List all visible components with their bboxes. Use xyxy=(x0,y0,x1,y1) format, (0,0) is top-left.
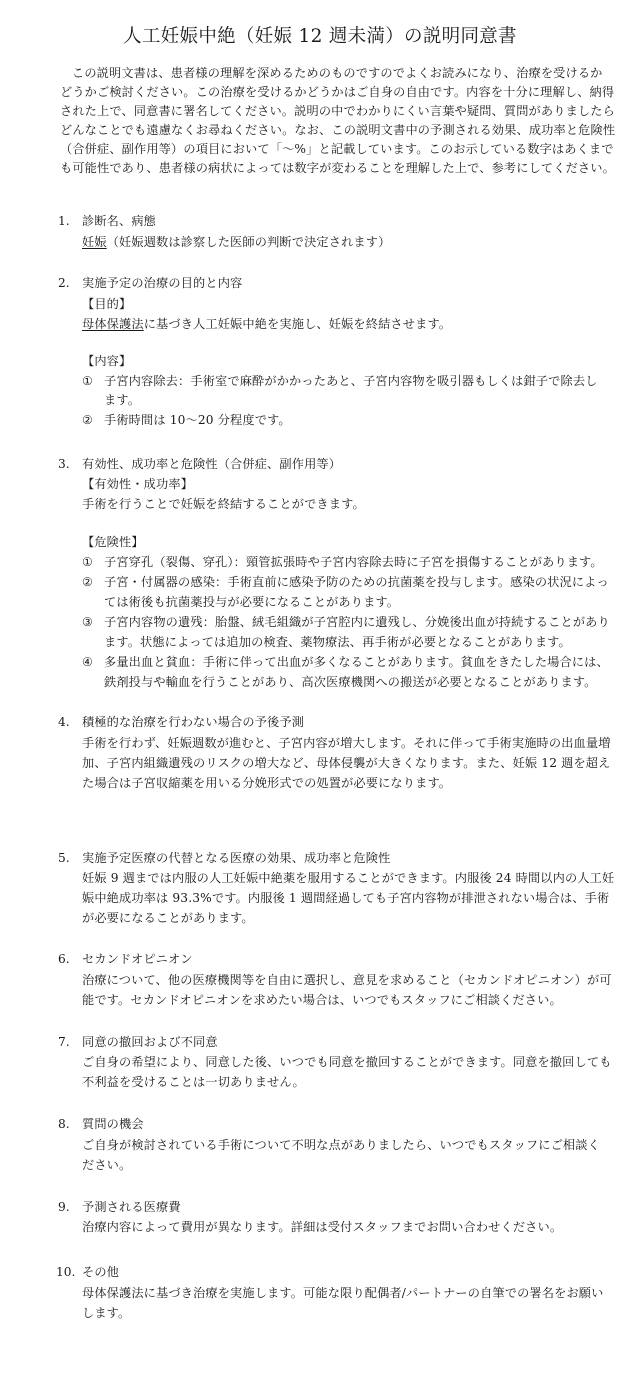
list-marker: ① xyxy=(82,372,93,391)
list-marker: ④ xyxy=(82,653,93,672)
intro-line: も可能性であり、患者様の病状によっては数字が変わることを理解した上で、参考にして… xyxy=(60,159,615,178)
body-text: （妊娠週数は診察した医師の判断で決定されます） xyxy=(107,235,391,249)
section-heading: 予測される医療費 xyxy=(82,1198,181,1217)
section-body-line: します。 xyxy=(82,1304,130,1323)
intro-line: どうかご検討ください。この治療を受けるかどうかはご自身の自由です。内容を十分に理… xyxy=(60,83,614,102)
section-number: 7. xyxy=(58,1033,70,1052)
section-number: 2. xyxy=(58,274,70,293)
list-item-line: 子宮穿孔（裂傷、穿孔）：頸管拡張時や子宮内容除去時に子宮を損傷することがあります… xyxy=(104,553,603,572)
section-body-line: ださい。 xyxy=(82,1156,131,1175)
section-body-line: た場合は子宮収縮薬を用いる分娩形式での処置が必要になります。 xyxy=(82,774,451,793)
subsection-label: 【目的】 xyxy=(82,295,131,314)
section-body-line: 妊娠 9 週までは内服の人工妊娠中絶薬を服用することができます。内服後 24 時… xyxy=(82,869,614,888)
section-body-line: 治療内容によって費用が異なります。詳細は受付スタッフまでお問い合わせください。 xyxy=(82,1218,562,1237)
section-number: 5. xyxy=(58,849,70,868)
list-item-line: 鉄剤投与や輸血を行うことがあり、高次医療機関への搬送が必要となることがあります。 xyxy=(104,673,597,692)
list-marker: ③ xyxy=(82,613,93,632)
list-item-line: ます。状態によっては追加の検査、薬物療法、再手術が必要となることがあります。 xyxy=(104,633,571,652)
list-item-line: ては術後も抗菌薬投与が必要になることがあります。 xyxy=(104,593,399,612)
list-marker: ② xyxy=(82,411,93,430)
section-number: 10. xyxy=(56,1263,75,1282)
section-body: 手術を行うことで妊娠を終結することができます。 xyxy=(82,495,365,514)
list-marker: ② xyxy=(82,573,93,592)
section-body-line: 娠中絶成功率は 93.3%です。内服後 1 週間経過しても子宮内容物が排泄されな… xyxy=(82,889,609,908)
section-number: 8. xyxy=(58,1115,70,1134)
section-body-line: が必要になることがあります。 xyxy=(82,909,254,928)
section-heading: 有効性、成功率と危険性（合併症、副作用等） xyxy=(82,455,341,474)
section-number: 6. xyxy=(58,950,70,969)
section-heading: セカンドオピニオン xyxy=(82,950,193,969)
document-title: 人工妊娠中絶（妊娠 12 週未満）の説明同意書 xyxy=(0,24,640,50)
section-heading: 質問の機会 xyxy=(82,1115,144,1134)
subsection-label: 【有効性・成功率】 xyxy=(82,475,193,494)
section-heading: 診断名、病態 xyxy=(82,212,156,231)
underlined-term: 妊娠 xyxy=(82,235,107,249)
intro-line: された上で、同意書に署名してください。説明の中でわかりにくい言葉や疑問、質問があ… xyxy=(60,102,615,121)
section-number: 1. xyxy=(58,212,70,231)
underlined-term: 母体保護法 xyxy=(82,317,144,331)
section-body-line: 治療について、他の医療機関等を自由に選択し、意見を求めること（セカンドオピニオン… xyxy=(82,971,612,990)
section-body-line: ご自身が検討されている手術について不明な点がありましたら、いつでもスタッフにご相… xyxy=(82,1136,600,1155)
list-marker: ① xyxy=(82,553,93,572)
intro-line: （合併症、副作用等）の項目において「〜%」と記載しています。このお示している数字… xyxy=(60,140,614,159)
list-item-line: 多量出血と貧血：手術に伴って出血が多くなることがあります。貧血をきたした場合には… xyxy=(104,653,609,672)
section-number: 3. xyxy=(58,455,70,474)
section-heading: 実施予定の治療の目的と内容 xyxy=(82,274,242,293)
list-item-line: 手術時間は 10〜20 分程度です。 xyxy=(104,411,291,430)
section-heading: 積極的な治療を行わない場合の予後予測 xyxy=(82,713,304,732)
body-text: に基づき人工妊娠中絶を実施し、妊娠を終結させます。 xyxy=(144,317,451,331)
section-heading: その他 xyxy=(82,1263,119,1282)
section-heading: 実施予定医療の代替となる医療の効果、成功率と危険性 xyxy=(82,849,390,868)
section-body-line: 加、子宮内組織遺残のリスクの増大など、母体侵襲が大きくなります。また、妊娠 12… xyxy=(82,754,610,773)
intro-line: どんなことでも遠慮なくお尋ねください。なお、この説明文書中の予測される効果、成功… xyxy=(60,121,615,140)
list-item-line: ます。 xyxy=(104,391,140,410)
intro-line: この説明文書は、患者様の理解を深めるためのものですのでよくお読みになり、治療を受… xyxy=(72,64,603,83)
section-heading: 同意の撤回および不同意 xyxy=(82,1033,218,1052)
section-body-line: ご自身の希望により、同意した後、いつでも同意を撤回することができます。同意を撤回… xyxy=(82,1053,612,1072)
section-number: 4. xyxy=(58,713,70,732)
section-number: 9. xyxy=(58,1198,70,1217)
list-item-line: 子宮内容物の遺残：胎盤、絨毛組織が子宮腔内に遺残し、分娩後出血が持続することがあ… xyxy=(104,613,610,632)
section-body: 妊娠（妊娠週数は診察した医師の判断で決定されます） xyxy=(82,233,390,252)
section-body-line: 母体保護法に基づき治療を実施します。可能な限り配偶者/パートナーの自筆での署名を… xyxy=(82,1284,603,1303)
section-body: 母体保護法に基づき人工妊娠中絶を実施し、妊娠を終結させます。 xyxy=(82,315,451,334)
list-item-line: 子宮内容除去：手術室で麻酔がかかったあと、子宮内容物を吸引器もしくは鉗子で除去し xyxy=(104,372,598,391)
subsection-label: 【内容】 xyxy=(82,352,131,371)
section-body-line: 能です。セカンドオピニオンを求めたい場合は、いつでもスタッフにご相談ください。 xyxy=(82,991,562,1010)
list-item-line: 子宮・付属器の感染：手術直前に感染予防のための抗菌薬を投与します。感染の状況によ… xyxy=(104,573,609,592)
section-body-line: 手術を行わず、妊娠週数が進むと、子宮内容が増大します。それに伴って手術実施時の出… xyxy=(82,734,611,753)
section-body-line: 不利益を受けることは一切ありません。 xyxy=(82,1073,305,1092)
subsection-label: 【危険性】 xyxy=(82,533,144,552)
